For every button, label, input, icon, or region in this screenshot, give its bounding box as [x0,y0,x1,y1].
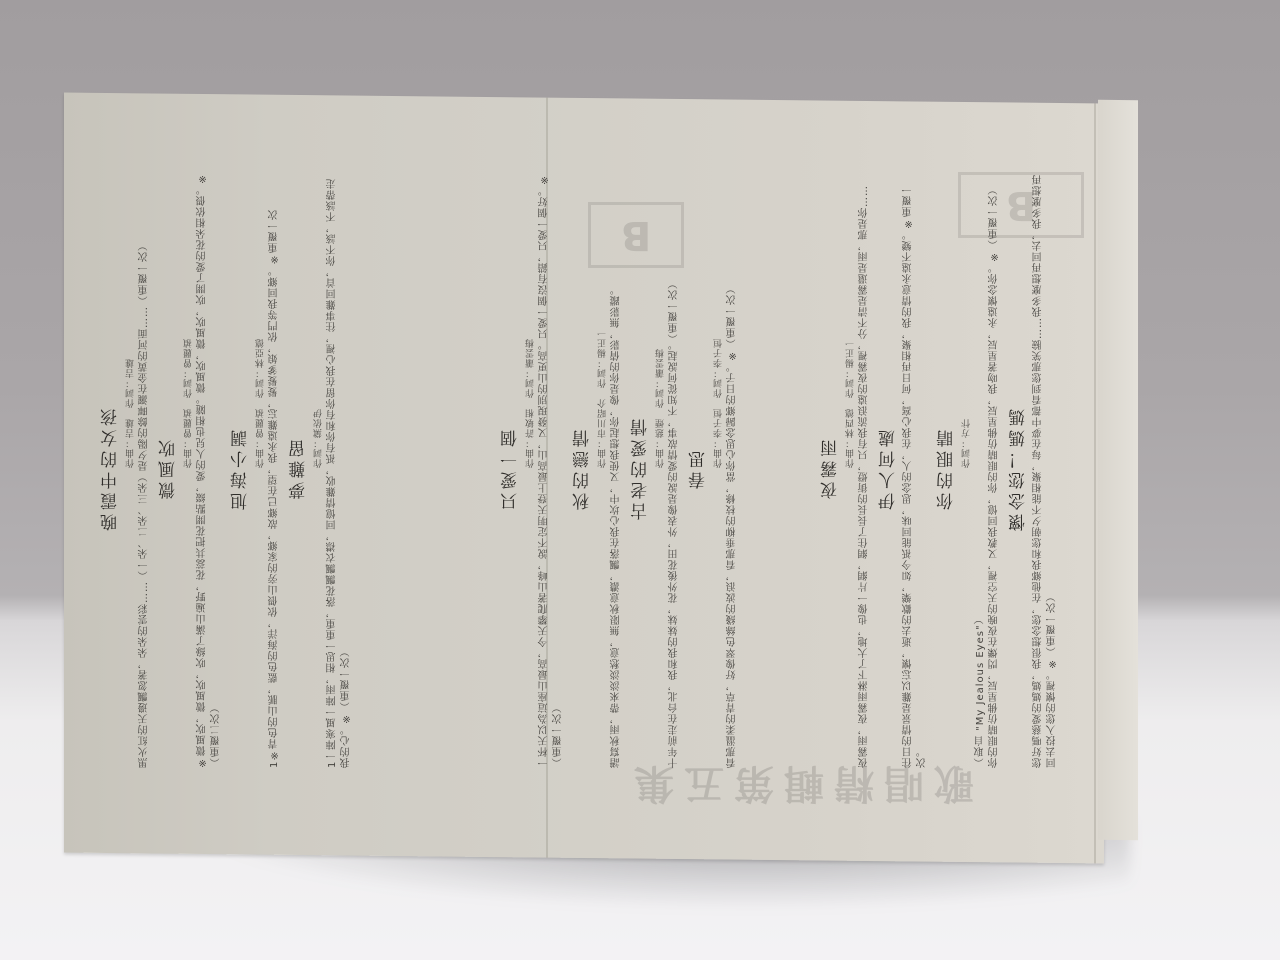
song-lyric: 譜寫秋雨，帶來淡淡愁意，無限秋意濃，飄落在我心坎中，又使我想起你，像是你的倩影，… [610,168,624,768]
song-lyric: 一杯天以為這座山最高，今天攀爬著山峰，說不定明天登上最高山，又發現別的山更高。只… [538,168,566,768]
song-credit: 作曲：慈煙 作詞：蕭雲梅 [654,168,668,468]
panel-2: 只愛一個 作曲：許敏相 作詞：蕭雲梅 一杯天以為這座山最高，今天攀爬著山峰，說不… [504,168,804,768]
song-block: 微風吹 作曲：曾麗禎 作詞：曾麗禎 ※微風吹，微風吹，吹綠了滿山遍野，花蕊共把花… [162,168,224,768]
song-title: 你的眼睛 [940,168,954,768]
song-credit: 作曲：林西德 作詞：楊正一 [844,168,858,468]
song-lyric: 1※青色的山脈，藍色的海洋，依偎山旁的家鄉，故鄉已在望，我永遠難忘，髮髮爹娘，依… [268,168,282,768]
song-block: 夢難留 作詞：黛依伊 1一陣寒風一陣雨，相思一重重，落花飄飄衣襟，回憶情難收，祇… [292,168,354,768]
song-block: 只愛一個 作曲：許敏相 作詞：蕭雲梅 一杯天以為這座山最高，今天攀爬著山峰，說不… [504,168,566,768]
song-title: 旭海小調 [234,168,248,768]
song-title: 只愛一個 [504,168,518,768]
song-credit: 作曲：許敏相 作詞：蕭雲梅 [524,168,538,468]
song-credit: 作詞：方忭 [960,168,974,468]
song-credit: 作詞：黛依伊 [312,168,326,468]
song-title: 夢難留 [292,168,306,768]
song-block: 旭海小調 作曲：曾麗禎 作詞：林亞德 1※青色的山脈，藍色的海洋，依偎山旁的家鄉… [234,168,282,768]
song-lyric: 往日的情景是難以忘懷，逝去的歡樂，如今祇能回味，思念的人，在我心窩，何日再相聚，… [902,168,930,768]
song-credit: 作曲：吉雄 作詞：吉雄 [124,168,138,468]
song-lyric: ※微風吹，微風吹，吹綠了滿山遍野，花蕊共把花開點綴，愛的人兒也相隨。微風吹，微風… [196,168,224,768]
song-title: 春思 [692,168,706,768]
song-block: 夜霧雨 作曲：林西德 作詞：楊正一 夜霧雨，夜霧雨淋下了大地，也像一片網，網住了… [824,168,872,768]
song-title: 伊人何處 [882,168,896,768]
song-lyric: 十年前走在台北，我和我的妹妹，花外後花田，外表像是說的愛情故事，不知從何說起。（… [668,168,682,768]
song-lyric: 你的眼睛仿佛星辰，閃爍在夜晚的天空裡，又教我回憶，你的眼睛仿佛星辰，我吻著星辰，… [988,168,1002,768]
song-title: 晚霞中的女孩 [104,168,118,768]
song-lyric: 您好嗎慈愛的媽媽，我很想念您，在他鄉我和您朝夕不能相聚，每在夢中都看到您那笑臉…… [1032,168,1060,768]
song-lyric: 看那溫柔的青草，好像翠色絲綫的波浪，看那垂柳的枝條，當你心思念歸鄉的日子。※（重… [726,168,740,768]
song-credit: 作曲：李子恒 作詞：李子恒 [712,168,726,468]
song-block: 秋的戀情 作曲：市川昭介 作詞：楊正一 譜寫秋雨，帶來淡淡愁意，無限秋意濃，飄落… [576,168,624,768]
song-lyric: 夜霧雨，夜霧雨淋下了大地，也像一片網，網住了長長的街燈，只有我流浪遠的夜霧裡，分… [858,168,872,768]
card-flap [1098,100,1138,840]
song-block: 懷念您！媽媽 您好嗎慈愛的媽媽，我很想念您，在他鄉我和您朝夕不能相聚，每在夢中都… [1012,168,1060,768]
song-title: 懷念您！媽媽 [1012,168,1026,768]
song-credit: 作曲：曾麗禎 作詞：林亞德 [254,168,268,468]
song-title: 微風吹 [162,168,176,768]
song-title: 秋的戀情 [576,168,590,768]
song-block: 你的眼睛 作詞：方忭 （取自 "My Jealous Eyes"） 你的眼睛仿佛… [940,168,1002,768]
upside-down-content: 歌唱精輯第五集 B B 晚霞中的女孩 作曲：吉雄 作詞：吉雄 黑火紅的天邊飄忽著… [64,98,1104,858]
song-block: 晚霞中的女孩 作曲：吉雄 作詞：吉雄 黑火紅的天邊飄忽著，朵朵的雲彩……（一朵、… [104,168,152,768]
song-block: 春思 作曲：李子恒 作詞：李子恒 看那溫柔的青草，好像翠色絲綫的波浪，看那垂柳的… [692,168,740,768]
song-note: （取自 "My Jealous Eyes"） [974,168,988,768]
song-lyric: 1一陣寒風一陣雨，相思一重重，落花飄飄衣襟，回憶情難收，祇有你和有你留在我心裡，… [326,168,354,768]
song-lyric: 黑火紅的天邊飄忽著，朵朵的雲彩……（一朵、二朵、三朵）是夕陽的餘暉灑在金黃的河面… [138,168,152,768]
panel-3: 夜霧雨 作曲：林西德 作詞：楊正一 夜霧雨，夜霧雨淋下了大地，也像一片網，網住了… [824,168,1094,768]
song-block: 古老的愛情 作曲：慈煙 作詞：蕭雲梅 十年前走在台北，我和我的妹妹，花外後花田，… [634,168,682,768]
song-block: 伊人何處 往日的情景是難以忘懷，逝去的歡樂，如今祇能回味，思念的人，在我心窩，何… [882,168,930,768]
panel-1: 晚霞中的女孩 作曲：吉雄 作詞：吉雄 黑火紅的天邊飄忽著，朵朵的雲彩……（一朵、… [104,168,484,768]
song-credit: 作曲：曾麗禎 作詞：曾麗禎 [182,168,196,468]
song-title: 古老的愛情 [634,168,648,768]
song-credit: 作曲：市川昭介 作詞：楊正一 [596,168,610,468]
song-title: 夜霧雨 [824,168,838,768]
